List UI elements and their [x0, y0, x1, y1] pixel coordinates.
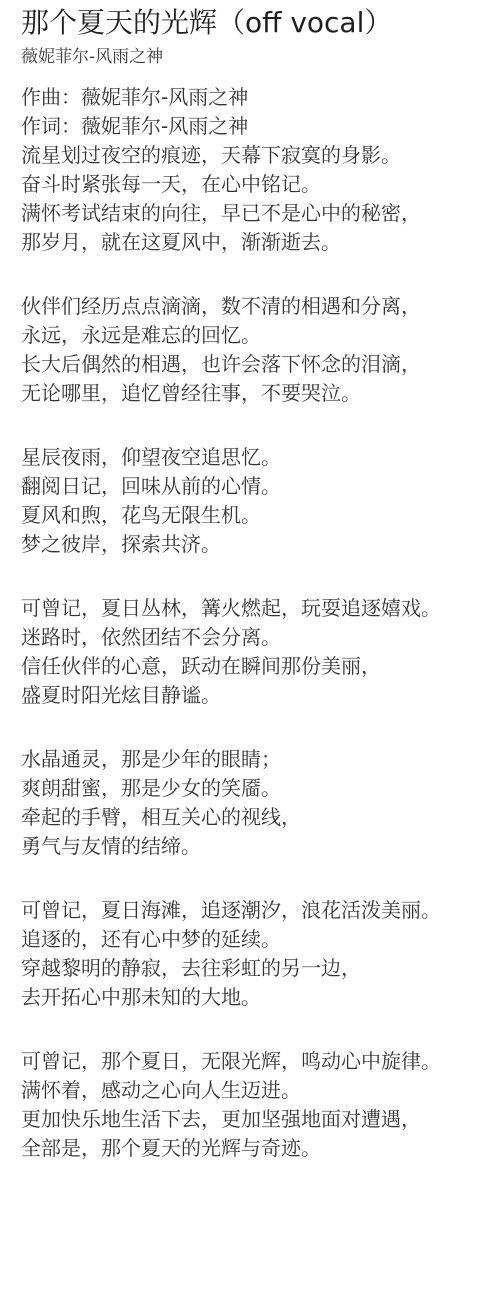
lyric-stanza: 星辰夜雨，仰望夜空追思忆。翻阅日记，回味从前的心情。夏风和煦，花鸟无限生机。梦之… — [21, 443, 482, 559]
lyric-line: 星辰夜雨，仰望夜空追思忆。 — [21, 443, 482, 472]
lyrics-body: 作曲：薇妮菲尔-风雨之神作词：薇妮菲尔-风雨之神流星划过夜空的痕迹，天幕下寂寞的… — [21, 83, 482, 1163]
lyric-line: 作词：薇妮菲尔-风雨之神 — [21, 112, 482, 141]
lyric-line: 无论哪里，追忆曾经往事，不要哭泣。 — [21, 379, 482, 408]
lyric-line: 夏风和煦，花鸟无限生机。 — [21, 501, 482, 530]
lyric-line: 穿越黎明的静寂，去往彩虹的另一边， — [21, 954, 482, 983]
lyric-line: 可曾记，夏日海滩，追逐潮汐，浪花活泼美丽。 — [21, 896, 482, 925]
lyric-stanza: 水晶通灵，那是少年的眼睛；爽朗甜蜜，那是少女的笑靥。牵起的手臂，相互关心的视线，… — [21, 745, 482, 861]
lyric-line: 那岁月，就在这夏风中，渐渐逝去。 — [21, 228, 482, 257]
lyric-line: 伙伴们经历点点滴滴，数不清的相遇和分离， — [21, 292, 482, 321]
lyric-line: 迷路时，依然团结不会分离。 — [21, 623, 482, 652]
lyrics-page: 那个夏天的光辉（off vocal） 薇妮菲尔-风雨之神 作曲：薇妮菲尔-风雨之… — [0, 0, 500, 1300]
lyric-line: 可曾记，那个夏日，无限光辉，鸣动心中旋律。 — [21, 1047, 482, 1076]
lyric-stanza: 可曾记，夏日海滩，追逐潮汐，浪花活泼美丽。追逐的，还有心中梦的延续。穿越黎明的静… — [21, 896, 482, 1012]
lyric-line: 梦之彼岸，探索共济。 — [21, 530, 482, 559]
lyric-line: 勇气与友情的结缔。 — [21, 832, 482, 861]
lyric-line: 翻阅日记，回味从前的心情。 — [21, 472, 482, 501]
lyric-stanza: 可曾记，那个夏日，无限光辉，鸣动心中旋律。满怀着，感动之心向人生迈进。更加快乐地… — [21, 1047, 482, 1163]
lyric-line: 爽朗甜蜜，那是少女的笑靥。 — [21, 774, 482, 803]
lyric-line: 满怀着，感动之心向人生迈进。 — [21, 1076, 482, 1105]
lyric-line: 奋斗时紧张每一天，在心中铭记。 — [21, 170, 482, 199]
lyric-line: 长大后偶然的相遇，也许会落下怀念的泪滴， — [21, 350, 482, 379]
lyric-line: 盛夏时阳光炫目静谧。 — [21, 681, 482, 710]
lyric-line: 全部是，那个夏天的光辉与奇迹。 — [21, 1134, 482, 1163]
lyric-stanza: 作曲：薇妮菲尔-风雨之神作词：薇妮菲尔-风雨之神流星划过夜空的痕迹，天幕下寂寞的… — [21, 83, 482, 257]
lyric-line: 永远，永远是难忘的回忆。 — [21, 321, 482, 350]
lyric-line: 更加快乐地生活下去，更加坚强地面对遭遇， — [21, 1105, 482, 1134]
song-title: 那个夏天的光辉（off vocal） — [21, 4, 482, 41]
lyric-stanza: 伙伴们经历点点滴滴，数不清的相遇和分离，永远，永远是难忘的回忆。长大后偶然的相遇… — [21, 292, 482, 408]
lyric-line: 牵起的手臂，相互关心的视线， — [21, 803, 482, 832]
lyric-line: 作曲：薇妮菲尔-风雨之神 — [21, 83, 482, 112]
lyric-stanza: 可曾记，夏日丛林，篝火燃起，玩耍追逐嬉戏。迷路时，依然团结不会分离。信任伙伴的心… — [21, 594, 482, 710]
lyric-line: 流星划过夜空的痕迹，天幕下寂寞的身影。 — [21, 141, 482, 170]
lyric-line: 满怀考试结束的向往，早已不是心中的秘密， — [21, 199, 482, 228]
artist-name: 薇妮菲尔-风雨之神 — [21, 45, 482, 69]
lyric-line: 可曾记，夏日丛林，篝火燃起，玩耍追逐嬉戏。 — [21, 594, 482, 623]
lyric-line: 水晶通灵，那是少年的眼睛； — [21, 745, 482, 774]
lyric-line: 信任伙伴的心意，跃动在瞬间那份美丽， — [21, 652, 482, 681]
lyric-line: 去开拓心中那未知的大地。 — [21, 983, 482, 1012]
lyric-line: 追逐的，还有心中梦的延续。 — [21, 925, 482, 954]
